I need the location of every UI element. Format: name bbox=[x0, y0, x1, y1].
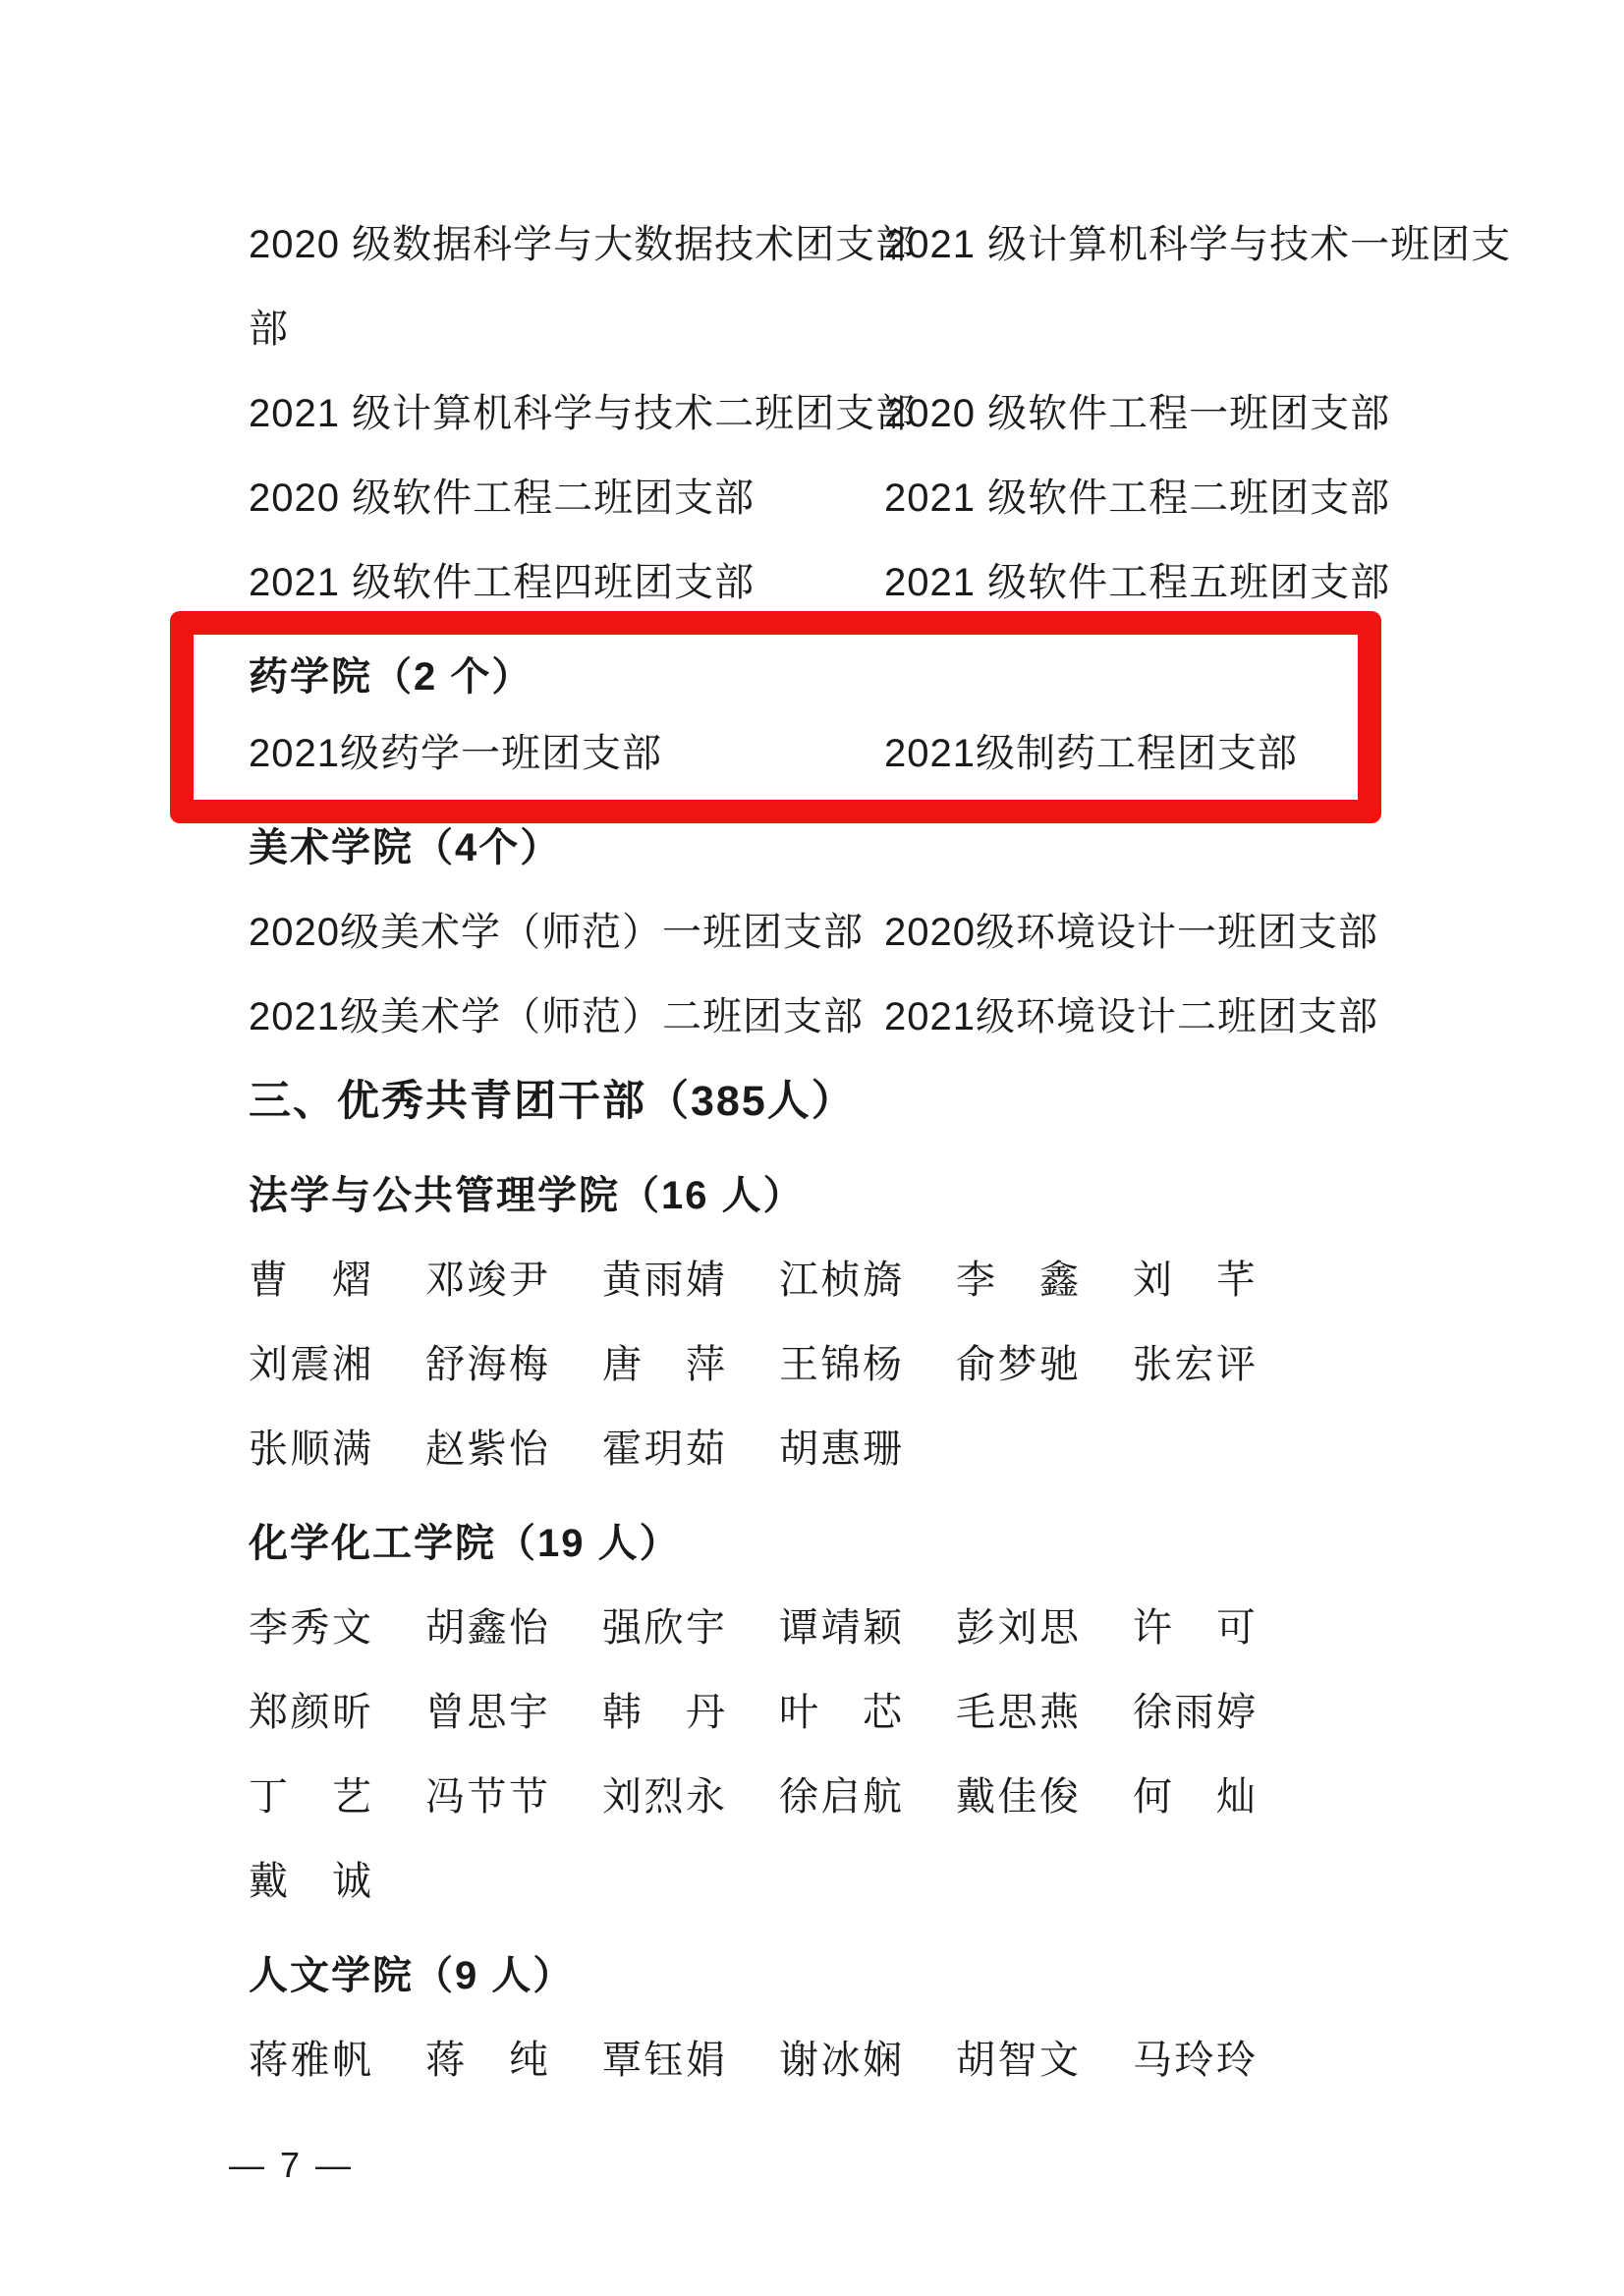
branch-cell: 2021级环境设计二班团支部 bbox=[884, 975, 1418, 1059]
name-row: 曹熠邓竣尹黄雨婧江桢旖李鑫刘芊 bbox=[249, 1238, 1418, 1322]
document-page: 2020 级数据科学与大数据技术团支部 2021 级计算机科学与技术一班团支 部… bbox=[0, 0, 1624, 2296]
branch-cell: 2020 级软件工程二班团支部 bbox=[249, 456, 884, 540]
person-name: 韩丹 bbox=[602, 1670, 726, 1755]
branch-cell: 2020 级软件工程一班团支部 bbox=[884, 371, 1418, 456]
person-name: 马玲玲 bbox=[1133, 2018, 1257, 2102]
page-number: — 7 — bbox=[229, 2134, 354, 2197]
branch-cell: 2021级药学一班团支部 bbox=[249, 715, 884, 792]
branch-row: 部 bbox=[249, 287, 1418, 371]
branch-cell: 2020 级数据科学与大数据技术团支部 bbox=[249, 202, 884, 287]
branch-cell: 2021 级计算机科学与技术一班团支 bbox=[884, 202, 1511, 287]
person-name: 蒋雅帆 bbox=[249, 2018, 372, 2102]
branch-row: 2021级美术学（师范）二班团支部 2021级环境设计二班团支部 bbox=[249, 975, 1418, 1059]
name-row: 张顺满赵紫怡霍玥茹胡惠珊 bbox=[249, 1407, 1418, 1491]
name-row: 李秀文胡鑫怡强欣宇谭靖颖彭刘思许可 bbox=[249, 1586, 1418, 1670]
branch-cell: 2021 级软件工程四班团支部 bbox=[249, 540, 884, 625]
pharmacy-college-heading: 药学院（2 个） bbox=[249, 639, 1358, 715]
branch-cell: 2020级美术学（师范）一班团支部 bbox=[249, 890, 884, 975]
branch-row: 2021级药学一班团支部 2021级制药工程团支部 bbox=[249, 715, 1358, 792]
person-name: 胡惠珊 bbox=[779, 1407, 903, 1491]
person-name: 叶芯 bbox=[779, 1670, 903, 1755]
person-name: 李秀文 bbox=[249, 1586, 372, 1670]
person-name: 谭靖颖 bbox=[779, 1586, 903, 1670]
person-name: 何灿 bbox=[1133, 1755, 1257, 1839]
branch-cell: 2021级美术学（师范）二班团支部 bbox=[249, 975, 884, 1059]
art-college-heading: 美术学院（4个） bbox=[249, 806, 1418, 890]
person-name: 江桢旖 bbox=[779, 1238, 903, 1322]
person-name: 蒋纯 bbox=[425, 2018, 549, 2102]
person-name: 覃钰娟 bbox=[602, 2018, 726, 2102]
branch-row: 2020 级数据科学与大数据技术团支部 2021 级计算机科学与技术一班团支 bbox=[249, 202, 1418, 287]
branch-row: 2020级美术学（师范）一班团支部 2020级环境设计一班团支部 bbox=[249, 890, 1418, 975]
person-name: 丁艺 bbox=[249, 1755, 372, 1839]
person-name: 舒海梅 bbox=[425, 1322, 549, 1407]
person-name: 曹熠 bbox=[249, 1238, 372, 1322]
branch-cell: 部 bbox=[249, 287, 884, 371]
highlight-box: 药学院（2 个） 2021级药学一班团支部 2021级制药工程团支部 bbox=[170, 611, 1381, 823]
person-name: 张顺满 bbox=[249, 1407, 372, 1491]
person-name: 俞梦驰 bbox=[956, 1322, 1080, 1407]
person-name: 冯节节 bbox=[425, 1755, 549, 1839]
name-row: 戴诚 bbox=[249, 1839, 1418, 1924]
person-name: 唐萍 bbox=[602, 1322, 726, 1407]
college-heading: 人文学院（9 人） bbox=[249, 1933, 1418, 2018]
branch-row: 2021 级软件工程四班团支部 2021 级软件工程五班团支部 bbox=[249, 540, 1418, 625]
person-name: 张宏评 bbox=[1133, 1322, 1257, 1407]
person-name: 彭刘思 bbox=[956, 1586, 1080, 1670]
name-row: 郑颜昕曾思宇韩丹叶芯毛思燕徐雨婷 bbox=[249, 1670, 1418, 1755]
person-name: 徐启航 bbox=[779, 1755, 903, 1839]
branch-row: 2021 级计算机科学与技术二班团支部 2020 级软件工程一班团支部 bbox=[249, 371, 1418, 456]
person-name: 霍玥茹 bbox=[602, 1407, 726, 1491]
person-name: 许可 bbox=[1133, 1586, 1257, 1670]
person-name: 李鑫 bbox=[956, 1238, 1080, 1322]
branch-row: 2020 级软件工程二班团支部 2021 级软件工程二班团支部 bbox=[249, 456, 1418, 540]
document-content: 2020 级数据科学与大数据技术团支部 2021 级计算机科学与技术一班团支 部… bbox=[249, 202, 1418, 2102]
person-name: 戴诚 bbox=[249, 1839, 372, 1924]
person-name: 毛思燕 bbox=[956, 1670, 1080, 1755]
branch-cell: 2021 级软件工程二班团支部 bbox=[884, 456, 1418, 540]
name-row: 丁艺冯节节刘烈永徐启航戴佳俊何灿 bbox=[249, 1755, 1418, 1839]
person-name: 戴佳俊 bbox=[956, 1755, 1080, 1839]
person-name: 刘震湘 bbox=[249, 1322, 372, 1407]
branch-cell: 2020级环境设计一班团支部 bbox=[884, 890, 1418, 975]
branch-cell bbox=[884, 287, 1418, 371]
person-name: 黄雨婧 bbox=[602, 1238, 726, 1322]
person-name: 谢冰娴 bbox=[779, 2018, 903, 2102]
branch-cell: 2021级制药工程团支部 bbox=[884, 715, 1358, 792]
person-name: 刘芊 bbox=[1133, 1238, 1257, 1322]
person-name: 郑颜昕 bbox=[249, 1670, 372, 1755]
college-heading: 化学化工学院（19 人） bbox=[249, 1501, 1418, 1586]
person-name: 赵紫怡 bbox=[425, 1407, 549, 1491]
person-name: 刘烈永 bbox=[602, 1755, 726, 1839]
name-row: 刘震湘舒海梅唐萍王锦杨俞梦驰张宏评 bbox=[249, 1322, 1418, 1407]
college-heading: 法学与公共管理学院（16 人） bbox=[249, 1153, 1418, 1238]
branch-cell: 2021 级软件工程五班团支部 bbox=[884, 540, 1418, 625]
name-row: 蒋雅帆蒋纯覃钰娟谢冰娴胡智文马玲玲 bbox=[249, 2018, 1418, 2102]
person-name: 邓竣尹 bbox=[425, 1238, 549, 1322]
person-name: 强欣宇 bbox=[602, 1586, 726, 1670]
person-name: 胡鑫怡 bbox=[425, 1586, 549, 1670]
person-name: 胡智文 bbox=[956, 2018, 1080, 2102]
person-name: 王锦杨 bbox=[779, 1322, 903, 1407]
branch-cell: 2021 级计算机科学与技术二班团支部 bbox=[249, 371, 884, 456]
person-name: 曾思宇 bbox=[425, 1670, 549, 1755]
person-name: 徐雨婷 bbox=[1133, 1670, 1257, 1755]
section-heading: 三、优秀共青团干部（385人） bbox=[249, 1059, 1418, 1144]
